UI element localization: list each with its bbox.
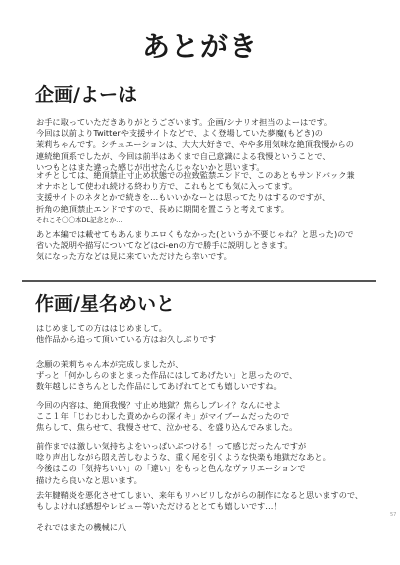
text-line: 今回の内容は、絶頂我慢？寸止め地獄？焦らしプレイ？なんにせよ <box>36 400 297 411</box>
page-title: あとがき <box>0 30 400 64</box>
text-line: 連続絶頂系でしたが、今回は前半はあくまで自己意識による我慢ということで、 <box>36 151 354 162</box>
text-line: 今回は以前よりTwitterや支援サイトなどで、よく登場していた夢魔(もどき)の <box>36 128 354 139</box>
text-line: 唸り声出しながら悶え苦しむような、重く尾を引くような快楽も地獄だなあと。 <box>36 452 331 463</box>
paragraph: それではまたの機械に八 <box>36 522 126 533</box>
text-line: 今後はこの「気持ちいい」の「違い」をもっと色んなヴァリエーションで <box>36 463 331 474</box>
text-line: オナホとして使われ続ける終わり方で、これもとても気に入ってます。 <box>36 181 355 192</box>
text-line: 茉莉ちゃんです。シチュエーションは、大大大好きで、やや多用気味な絶頂我慢からの <box>36 139 354 150</box>
text-line: もしよければ感想やレビュー等いただけるととても嬉しいです…！ <box>36 501 363 512</box>
text-line: それではまたの機械に八 <box>36 522 126 533</box>
text-line: あと本編では載せてもあんまりエロくもなかった(というか不要じゃね？と思った)ので <box>36 229 354 240</box>
page-number: 57 <box>390 512 396 518</box>
paragraph: お手に取っていただきありがとうございます。企画/シナリオ担当のよーはです。 今回… <box>36 117 354 173</box>
section-divider <box>22 280 376 282</box>
paragraph: あと本編では載せてもあんまりエロくもなかった(というか不要じゃね？と思った)ので… <box>36 229 354 263</box>
section-heading-artwork: 作画/星名めいと <box>35 292 175 316</box>
text-line: オチとしては、絶頂禁止寸止め状態での拉致監禁エンドで、このあともサンドバック兼 <box>36 170 355 181</box>
text-line: 焦らして、焦らせて、我慢させて、泣かせる、を盛り込んでみました。 <box>36 422 297 433</box>
text-line: ずっと「何かしらのまとまった作品にはしてあげたい」と思ったので、 <box>36 370 297 381</box>
text-line: 省いた説明や描写についてなどはci-enの方で勝手に説明しときます。 <box>36 240 354 251</box>
text-line: 折角の絶頂禁止エンドですので、長めに期間を置こうと考えてます。 <box>36 204 355 215</box>
text-line: 去年腱鞘炎を悪化させてしまい、来年もリハビリしながらの制作になると思いますので、 <box>36 490 363 501</box>
paragraph: オチとしては、絶頂禁止寸止め状態での拉致監禁エンドで、このあともサンドバック兼 … <box>36 170 355 226</box>
text-line: 念願の茉莉ちゃん本が完成しましたが、 <box>36 359 297 370</box>
text-line: ここ１年「じわじわした責めからの深イキ」がマイブームだったので <box>36 411 297 422</box>
paragraph: 去年腱鞘炎を悪化させてしまい、来年もリハビリしながらの制作になると思いますので、… <box>36 490 363 512</box>
text-line: 他作品から追って頂いている方はお久しぶりです <box>36 334 216 345</box>
paragraph: 念願の茉莉ちゃん本が完成しましたが、 ずっと「何かしらのまとまった作品にはしてあ… <box>36 359 297 393</box>
paragraph: 今回の内容は、絶頂我慢？寸止め地獄？焦らしプレイ？なんにせよ ここ１年「じわじわ… <box>36 400 297 434</box>
text-line: 支援サイトのネタとかで続きを…もいいかなーとは思ってたりはするのですが、 <box>36 192 355 203</box>
text-line: 数年越しにきちんとした作品にしてあげれてとても嬉しいですね。 <box>36 381 297 392</box>
text-line: お手に取っていただきありがとうございます。企画/シナリオ担当のよーはです。 <box>36 117 354 128</box>
section-heading-planning: 企画/よーは <box>35 83 137 107</box>
paragraph: はじめましての方ははじめまして。 他作品から追って頂いている方はお久しぶりです <box>36 323 216 345</box>
text-line: 気になった方などは見に来ていただけたら幸いです。 <box>36 251 354 262</box>
paragraph: 前作までは激しい気持ちよをいっぱいぶつける！って感じだったんですが 唸り声出しな… <box>36 441 331 486</box>
text-line: それこそ〇〇本DL記念とか… <box>36 215 355 226</box>
text-line: はじめましての方ははじめまして。 <box>36 323 216 334</box>
text-line: 描けたら良いなと思います。 <box>36 475 331 486</box>
text-line: 前作までは激しい気持ちよをいっぱいぶつける！って感じだったんですが <box>36 441 331 452</box>
